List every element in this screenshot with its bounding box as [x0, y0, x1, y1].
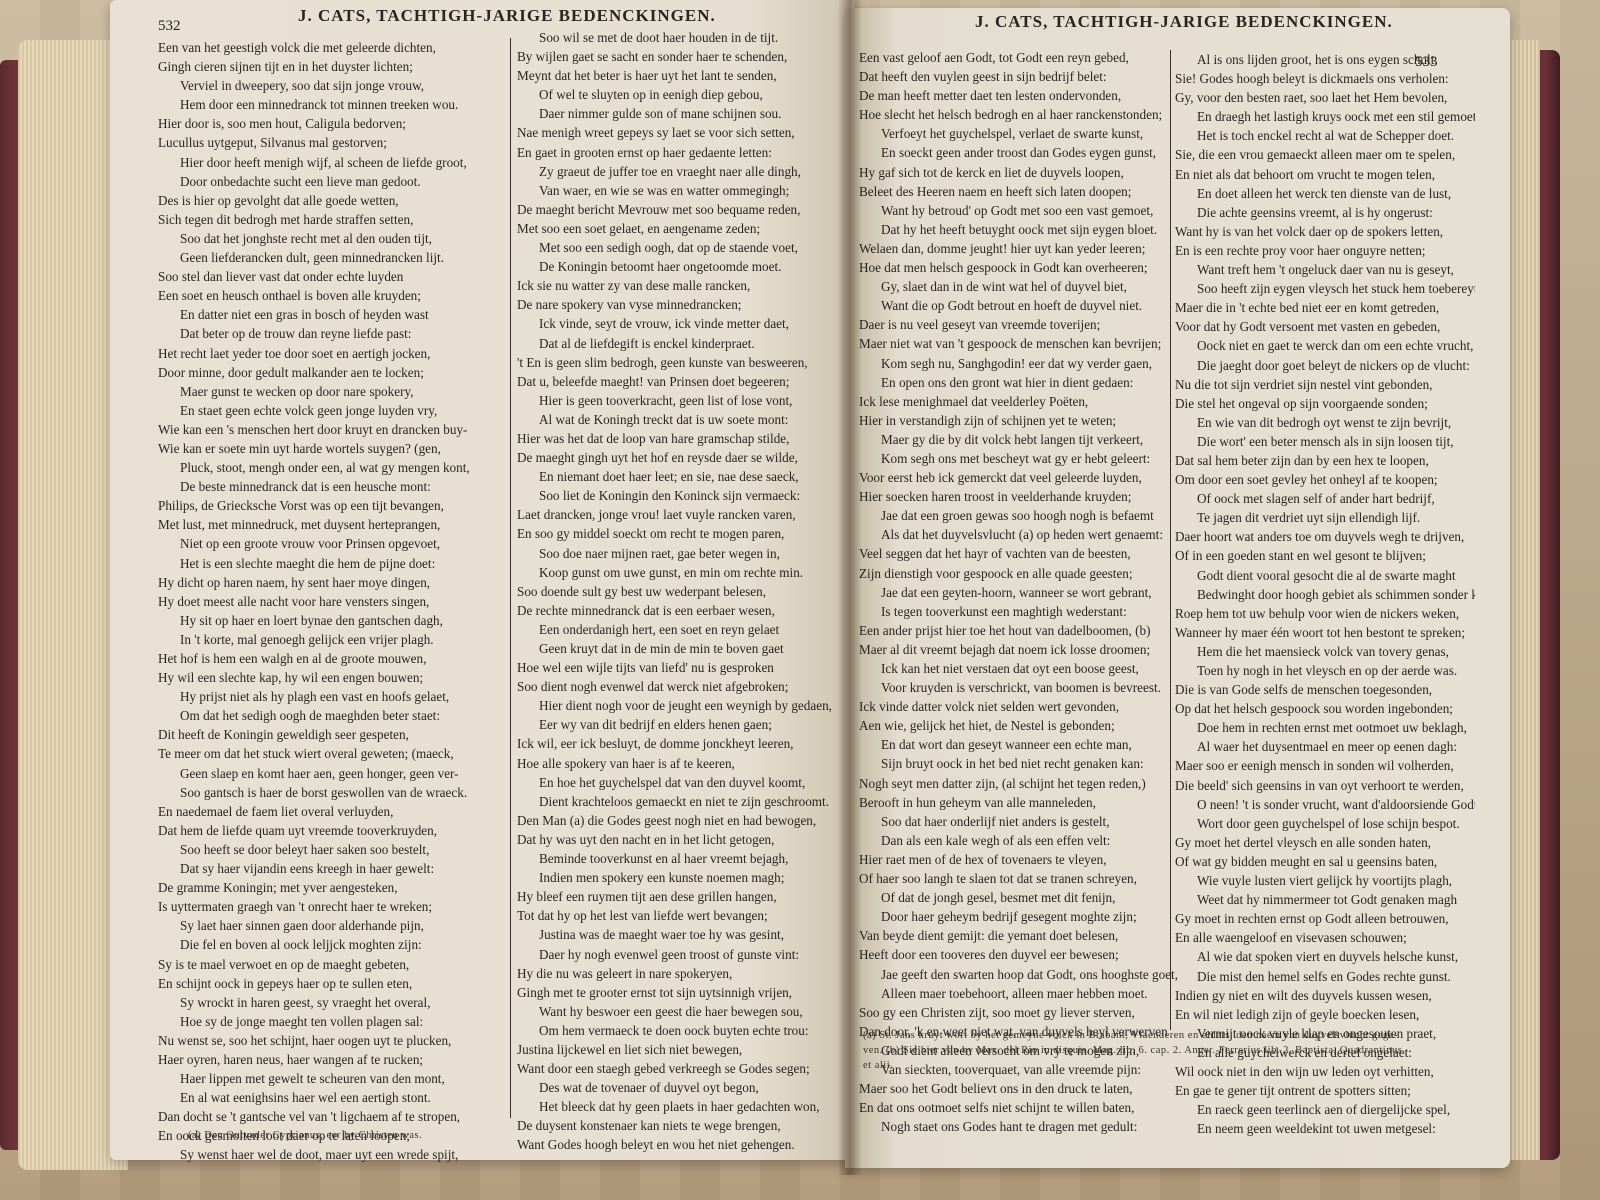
verse-line: Maer gy die by dit volck hebt langen tij… — [859, 430, 1179, 449]
verse-line: Des wat de tovenaer of duyvel oyt begon, — [517, 1078, 847, 1097]
verse-line: De maeght gingh uyt het hof en reysde da… — [517, 448, 847, 467]
verse-line: Is uyttermaten graegh van 't onrecht hae… — [158, 897, 503, 916]
left-page: 532 J. CATS, TACHTIGH-JARIGE BEDENCKINGE… — [110, 0, 855, 1160]
verse-line: Justina was de maeght waer toe hy was ge… — [517, 925, 847, 944]
verse-line: Hy prijst niet als hy plagh een vast en … — [158, 687, 503, 706]
verse-line: En alle waengeloof en visevasen schouwen… — [1175, 928, 1475, 947]
verse-line: Die beeld' sich geensins in van oyt verh… — [1175, 776, 1475, 795]
verse-line: Aen wie, gelijck het hiet, de Nestel is … — [859, 716, 1179, 735]
verse-line: 't En is geen slim bedrogh, geen kunste … — [517, 353, 847, 372]
verse-line: De nare spokery van vyse minnedrancken; — [517, 295, 847, 314]
verse-line: Gingh met te grooter ernst tot sijn uyts… — [517, 983, 847, 1002]
footnote-right-3: et alii. — [863, 1060, 893, 1071]
verse-line: Oock niet en gaet te werck dan om een ec… — [1175, 336, 1475, 355]
verse-line: En al wat eenighsins haer wel een aertig… — [158, 1088, 503, 1107]
verse-line: Als dat het duyvelsvlucht (a) op heden w… — [859, 525, 1179, 544]
verse-line: Daer hy nogh evenwel geen troost of guns… — [517, 945, 847, 964]
verse-line: De Koningin betoomt haer ongetoomde moet… — [517, 257, 847, 276]
page-number-left: 532 — [158, 18, 181, 35]
verse-line: Toen hy nogh in het vleysch en op der ae… — [1175, 661, 1475, 680]
verse-line: Hy die nu was geleert in nare spokeryen, — [517, 964, 847, 983]
verse-line: Voor dat hy Godt versoent met vasten en … — [1175, 317, 1475, 336]
running-head-right: J. CATS, TACHTIGH-JARIGE BEDENCKINGEN. — [975, 12, 1393, 32]
verse-line: Door minne, door gedult malkander aen te… — [158, 363, 503, 382]
verse-line: Nu wenst se, soo het schijnt, haer oogen… — [158, 1031, 503, 1050]
verse-line: Heeft door een tooveres den duyvel eer b… — [859, 945, 1179, 964]
verse-line: Dat hem de liefde quam uyt vreemde toove… — [158, 821, 503, 840]
verse-line: Ick vinde, seyt de vrouw, ick vinde mett… — [517, 314, 847, 333]
verse-line: De gramme Koningin; met yver aengesteken… — [158, 878, 503, 897]
verse-line: Niet op een groote vrouw voor Prinsen op… — [158, 534, 503, 553]
verse-line: Maer die in 't echte bed niet eer en kom… — [1175, 298, 1475, 317]
verse-line: Al waer het duysentmael en meer op eenen… — [1175, 737, 1475, 756]
verse-line: Geen liefderancken dult, geen minnedranc… — [158, 248, 503, 267]
verse-line: Of wat gy bidden meught en sal u geensin… — [1175, 852, 1475, 871]
verse-line: Nu die tot sijn verdriet sijn nestel vin… — [1175, 375, 1475, 394]
verse-line: By wijlen gaet se sacht en sonder haer t… — [517, 47, 847, 66]
verse-line: Om dat het sedigh oogh de maeghden beter… — [158, 706, 503, 725]
footnote-right-2: ven. (b) Sie hier van by Max. del Rio in… — [863, 1045, 1402, 1056]
verse-line: Wil oock niet in den wijn uw leden oyt v… — [1175, 1062, 1475, 1081]
verse-line: Soo gantsch is haer de borst geswollen v… — [158, 783, 503, 802]
verse-line: Den Man (a) die Godes geest nogh niet en… — [517, 811, 847, 830]
verse-line: Eer wy van dit bedrijf en elders henen g… — [517, 715, 847, 734]
verse-line: Dat sy haer vijandin eens kreegh in haer… — [158, 859, 503, 878]
verse-line: Verfoeyt het guychelspel, verlaet de swa… — [859, 124, 1179, 143]
verse-line: Weet dat hy nimmermeer tot Godt genaken … — [1175, 890, 1475, 909]
verse-line: Of oock met slagen self of ander hart be… — [1175, 489, 1475, 508]
verse-line: Meynt dat het beter is haer uyt het lant… — [517, 66, 847, 85]
verse-line: Nae menigh wreet gepeys sy laet se voor … — [517, 123, 847, 142]
verse-line: Of wel te sluyten op in eenigh diep gebo… — [517, 85, 847, 104]
verse-line: Hy wil een slechte kap, hy wil een engen… — [158, 668, 503, 687]
verse-line: En gae te gener tijt ontrent de spotters… — [1175, 1081, 1475, 1100]
verse-line: Verviel in dweepery, soo dat sijn jonge … — [158, 76, 503, 95]
verse-line: De duysent konstenaer kan niets te wege … — [517, 1116, 847, 1135]
verse-line: Soo heeft zijn eygen vleysch het stuck h… — [1175, 279, 1475, 298]
verse-line: Indien men spokery een kunste noemen mag… — [517, 868, 847, 887]
verse-line: Hier was het dat de loop van hare gramsc… — [517, 429, 847, 448]
verse-line: Het recht laet yeder toe door soet en ae… — [158, 344, 503, 363]
verse-line: Wie kan een 's menschen hert door kruyt … — [158, 420, 503, 439]
verse-line: Hier is geen tooverkracht, geen list of … — [517, 391, 847, 410]
column-rule-right — [1170, 50, 1171, 1030]
verse-line: Jae dat een groen gewas soo hoogh nogh i… — [859, 506, 1179, 525]
verse-line: Dan als een kale wegh of als een effen v… — [859, 831, 1179, 850]
verse-line: Sie, die een vrou gemaeckt alleen maer o… — [1175, 145, 1475, 164]
verse-line: Hoe slecht het helsch bedrogh en al haer… — [859, 105, 1179, 124]
verse-line: De beste minnedranck dat is een heusche … — [158, 477, 503, 496]
verse-line: Hy dicht op haren naem, hy sent haer moy… — [158, 573, 503, 592]
verse-line: De rechte minnedranck dat is een eerbaer… — [517, 601, 847, 620]
verse-line: Het is een slechte maeght die hem de pij… — [158, 554, 503, 573]
verse-line: Soo doe naer mijnen raet, gae beter wege… — [517, 544, 847, 563]
verse-line: Ick sie nu watter zy van dese malle ranc… — [517, 276, 847, 295]
verse-line: Gy, slaet dan in de wint wat hel of duyv… — [859, 277, 1179, 296]
verse-line: Dient krachteloos gemaeckt en niet te zi… — [517, 792, 847, 811]
verse-line: Hier door heeft menigh wijf, al scheen d… — [158, 153, 503, 172]
verse-line: Ick vinde datter volck niet selden wert … — [859, 697, 1179, 716]
verse-line: Hier door is, soo men hout, Caligula bed… — [158, 114, 503, 133]
verse-line: De maeght bericht Mevrouw met soo bequam… — [517, 200, 847, 219]
verse-line: En hoe het guychelspel dat van den duyve… — [517, 773, 847, 792]
verse-line: Dat heeft den vuylen geest in sijn bedri… — [859, 67, 1179, 86]
verse-line: Berooft in hun geheym van alle mannelede… — [859, 793, 1179, 812]
verse-line: Sy laet haer sinnen gaen door alderhande… — [158, 916, 503, 935]
verse-line: Haer lippen met gewelt te scheuren van d… — [158, 1069, 503, 1088]
verse-line: Die wort' een beter mensch als in sijn l… — [1175, 432, 1475, 451]
verse-line: Veel seggen dat het hayr of vachten van … — [859, 544, 1179, 563]
verse-line: Want die op Godt betrout en hoeft de duy… — [859, 296, 1179, 315]
verse-line: Sy wenst haer wel de doot, maer uyt een … — [158, 1145, 503, 1164]
left-page-column-1: Een van het geestigh volck die met gelee… — [158, 38, 503, 1165]
verse-line: Jae geeft den swarten hoop dat Godt, ons… — [859, 965, 1179, 984]
verse-line: Met lust, met minnedruck, met duysent he… — [158, 515, 503, 534]
verse-line: Welaen dan, domme jeught! hier uyt kan y… — [859, 239, 1179, 258]
verse-line: Nogh seyt men datter zijn, (al schijnt h… — [859, 774, 1179, 793]
verse-line: En gaet in grooten ernst op haer gedaent… — [517, 143, 847, 162]
verse-line: Maer soo er eenigh mensch in sonden wil … — [1175, 756, 1475, 775]
verse-line: En staet geen echte volck geen jonge luy… — [158, 401, 503, 420]
verse-line: Ick lese menighmael dat veelderley Poëte… — [859, 392, 1179, 411]
verse-line: Want hy is van het volck daer op de spok… — [1175, 222, 1475, 241]
verse-line: Lucullus uytgeput, Silvanus mal gestorve… — [158, 133, 503, 152]
verse-line: Sie! Godes hoogh beleyt is dickmaels ons… — [1175, 69, 1475, 88]
verse-line: Dat al de liefdegift is enckel kinderpra… — [517, 334, 847, 353]
verse-line: En schijnt oock in gepeys haer op te sul… — [158, 974, 503, 993]
verse-line: Of haer soo langh te slaen tot dat se tr… — [859, 869, 1179, 888]
verse-line: Hem die het maensieck volck van tovery g… — [1175, 642, 1475, 661]
verse-line: Zijn dienstigh voor gespoock en alle qua… — [859, 564, 1179, 583]
verse-line: En wil niet ledigh zijn of geyle boecken… — [1175, 1005, 1475, 1024]
verse-line: Soo wil se met de doot haer houden in de… — [517, 28, 847, 47]
verse-line: Hoe sy de jonge maeght ten vollen plagen… — [158, 1012, 503, 1031]
verse-line: Koop gunst om uwe gunst, en min om recht… — [517, 563, 847, 582]
verse-line: En raeck geen teerlinck aen of diergelij… — [1175, 1100, 1475, 1119]
verse-line: Wie kan er soete min uyt harde wortels s… — [158, 439, 503, 458]
verse-line: Wort door geen guychelspel of lose schij… — [1175, 814, 1475, 833]
verse-line: Hier dient nogh voor de jeught een weyni… — [517, 696, 847, 715]
verse-line: Voor eerst heb ick gemerckt dat veel gel… — [859, 468, 1179, 487]
book-gutter — [838, 0, 862, 1175]
verse-line: Dit heeft de Koningin geweldigh seer ges… — [158, 725, 503, 744]
verse-line: En doet alleen het werck ten dienste van… — [1175, 184, 1475, 203]
verse-line: Ick wil, eer ick besluyt, de domme jonck… — [517, 734, 847, 753]
verse-line: Soo dient nogh evenwel dat werck niet af… — [517, 677, 847, 696]
verse-line: Wanneer hy maer één woort tot hen beston… — [1175, 623, 1475, 642]
verse-line: Maer soo het Godt believt ons in den dru… — [859, 1079, 1179, 1098]
verse-line: Beminde tooverkunst en al haer vreemt be… — [517, 849, 847, 868]
verse-line: Godt dient vooral gesocht die al de swar… — [1175, 566, 1475, 585]
verse-line: Beleet des Heeren naem en heeft sich lat… — [859, 182, 1179, 201]
verse-line: Ick kan het niet verstaen dat oyt een bo… — [859, 659, 1179, 678]
verse-line: Hy doet meest alle nacht voor hare venst… — [158, 592, 503, 611]
verse-line: Sy wrockt in haren geest, sy vraeght het… — [158, 993, 503, 1012]
verse-line: Een ander prijst hier toe het hout van d… — [859, 621, 1179, 640]
verse-line: Die mist den hemel selfs en Godes rechte… — [1175, 967, 1475, 986]
footnote-left: (a) Den Outvader Cyprianus, eer hy Chris… — [188, 1130, 422, 1141]
verse-line: Geen kruyt dat in de min de min te boven… — [517, 639, 847, 658]
verse-line: Is tegen tooverkunst een maghtigh weders… — [859, 602, 1179, 621]
verse-line: Dat hy was uyt den nacht en in het licht… — [517, 830, 847, 849]
verse-line: Die fel en boven al oock leljjck moghten… — [158, 935, 503, 954]
verse-line: En is een rechte proy voor haer onguyre … — [1175, 241, 1475, 260]
verse-line: Een soet en heusch onthael is boven alle… — [158, 286, 503, 305]
verse-line: Op dat het helsch gespoock sou worden in… — [1175, 699, 1475, 718]
verse-line: Te jagen dit verdriet uyt sijn ellendigh… — [1175, 508, 1475, 527]
verse-line: Al is ons lijden groot, het is ons eygen… — [1175, 50, 1475, 69]
verse-line: Dat hy het heeft betuyght oock met sijn … — [859, 220, 1179, 239]
verse-line: Maer gunst te wecken op door nare spoker… — [158, 382, 503, 401]
verse-line: Soo dat het jonghste recht met al den ou… — [158, 229, 503, 248]
verse-line: Roep hem tot uw behulp voor wien de nick… — [1175, 604, 1475, 623]
verse-line: En soo gy middel soeckt om recht te moge… — [517, 524, 847, 543]
verse-line: Gy, voor den besten raet, soo laet het H… — [1175, 88, 1475, 107]
verse-line: Doe hem in rechten ernst met ootmoet uw … — [1175, 718, 1475, 737]
verse-line: Dan docht se 't gantsche vel van 't ligc… — [158, 1107, 503, 1126]
verse-line: Al wie dat spoken viert en duyvels helsc… — [1175, 947, 1475, 966]
verse-line: Soo dat haer onderlijf niet anders is ge… — [859, 812, 1179, 831]
verse-line: Hier in verstandigh zijn of schijnen yet… — [859, 411, 1179, 430]
verse-line: Om hem vermaeck te doen oock buyten echt… — [517, 1021, 847, 1040]
verse-line: Daer hoort wat anders toe om duyvels weg… — [1175, 527, 1475, 546]
verse-line: Des is hier op gevolght dat alle goede w… — [158, 191, 503, 210]
verse-line: Dat beter op de trouw dan reyne liefde p… — [158, 324, 503, 343]
verse-line: Pluck, stoot, mengh onder een, al wat gy… — [158, 458, 503, 477]
verse-line: En dat wort dan geseyt wanneer een echte… — [859, 735, 1179, 754]
verse-line: O neen! 't is sonder vrucht, want d'aldo… — [1175, 795, 1475, 814]
verse-line: Hy sit op haer en loert bynae den gantsc… — [158, 611, 503, 630]
verse-line: En datter niet een gras in bosch of heyd… — [158, 305, 503, 324]
verse-line: Gy moet het dertel vleysch en alle sonde… — [1175, 833, 1475, 852]
verse-line: Maer al dit vreemt bejagh dat noem ick l… — [859, 640, 1179, 659]
verse-line: Die is van Gode selfs de menschen toeges… — [1175, 680, 1475, 699]
verse-line: Al wat de Koningh treckt dat is uw soete… — [517, 410, 847, 429]
verse-line: Hier raet men of de hex of tovenaers te … — [859, 850, 1179, 869]
verse-line: Met soo een soet gelaet, en aengename ze… — [517, 219, 847, 238]
verse-line: En niemant doet haer leet; en sie, nae d… — [517, 467, 847, 486]
verse-line: Hem door een minnedranck tot minnen tree… — [158, 95, 503, 114]
verse-line: Philips, de Griecksche Vorst was op een … — [158, 496, 503, 515]
right-page-column-2: Al is ons lijden groot, het is ons eygen… — [1175, 50, 1475, 1138]
verse-line: Hy bleef een ruymen tijt aen dese grille… — [517, 887, 847, 906]
verse-line: Alleen maer toebehoort, alleen maer hebb… — [859, 984, 1179, 1003]
verse-line: Nogh staet ons Godes hant te dragen met … — [859, 1117, 1179, 1136]
verse-line: En wie van dit bedrogh oyt wenst te zijn… — [1175, 413, 1475, 432]
verse-line: Kom segh ons met bescheyt wat gy er hebt… — [859, 449, 1179, 468]
verse-line: En open ons den gront wat hier in dient … — [859, 373, 1179, 392]
right-page-column-1: Een vast geloof aen Godt, tot Godt een r… — [859, 48, 1179, 1136]
right-page: J. CATS, TACHTIGH-JARIGE BEDENCKINGEN. 5… — [845, 8, 1510, 1168]
verse-line: Voor kruyden is verschrickt, van boomen … — [859, 678, 1179, 697]
verse-line: Want door een staegh gebed verkreegh se … — [517, 1059, 847, 1078]
verse-line: Of dat de jongh gesel, besmet met dit fe… — [859, 888, 1179, 907]
verse-line: Die stel het ongeval op sijn voorgaende … — [1175, 394, 1475, 413]
verse-line: Het hof is hem een walgh en al de groote… — [158, 649, 503, 668]
verse-line: Bedwinght door hoogh gebiet als schimmen… — [1175, 585, 1475, 604]
footnote-right-1: (a) St. Jans kruyt wort by het gemeyne v… — [863, 1030, 1398, 1041]
verse-line: Laet drancken, jonge vrou! laet vuyle ra… — [517, 505, 847, 524]
verse-line: Jae dat een geyten-hoorn, wanneer se wor… — [859, 583, 1179, 602]
verse-line: Met soo een sedigh oogh, dat op de staen… — [517, 238, 847, 257]
verse-line: Een onderdanigh hert, een soet en reyn g… — [517, 620, 847, 639]
verse-line: Hoe dat men helsch gespoock in Godt kan … — [859, 258, 1179, 277]
verse-line: Gy moet in rechten ernst op Godt alleen … — [1175, 909, 1475, 928]
verse-line: Want treft hem 't ongeluck daer van nu i… — [1175, 260, 1475, 279]
verse-line: En soeckt geen ander troost dan Godes ey… — [859, 143, 1179, 162]
verse-line: Gingh cieren sijnen tijt en in het duyst… — [158, 57, 503, 76]
verse-line: Dat sal hem beter zijn dan by een hex te… — [1175, 451, 1475, 470]
verse-line: Kom segh nu, Sanghgodin! eer dat wy verd… — [859, 354, 1179, 373]
verse-line: Soo stel dan liever vast dat onder echte… — [158, 267, 503, 286]
verse-line: Hier soecken haren troost in veelderhand… — [859, 487, 1179, 506]
verse-line: Een vast geloof aen Godt, tot Godt een r… — [859, 48, 1179, 67]
verse-line: Van sieckten, tooverquaet, van alle vree… — [859, 1060, 1179, 1079]
verse-line: Dat u, beleefde maeght! van Prinsen doet… — [517, 372, 847, 391]
verse-line: En niet als dat behoort om vrucht te mog… — [1175, 165, 1475, 184]
verse-line: Daer nimmer gulde son of mane schijnen s… — [517, 104, 847, 123]
verse-line: En dat ons ootmoet selfs niet schijnt te… — [859, 1098, 1179, 1117]
verse-line: Haer oyren, haren neus, haer wangen af t… — [158, 1050, 503, 1069]
verse-line: Door onbedachte sucht een lieve man gedo… — [158, 172, 503, 191]
verse-line: Hy gaf sich tot de kerck en liet de duyv… — [859, 163, 1179, 182]
verse-line: Sijn bruyt oock in het bed niet recht ge… — [859, 754, 1179, 773]
verse-line: Die achte geensins vreemt, al is hy onge… — [1175, 203, 1475, 222]
verse-line: Soo liet de Koningin den Koninck sijn ve… — [517, 486, 847, 505]
column-rule-left — [510, 38, 511, 1118]
verse-line: Het bleeck dat hy geen plaets in haer ge… — [517, 1097, 847, 1116]
verse-line: Want hy betroud' op Godt met soo een vas… — [859, 201, 1179, 220]
verse-line: Indien gy niet en wilt des duyvels kusse… — [1175, 986, 1475, 1005]
verse-line: Want hy beswoer een geest die haer beweg… — [517, 1002, 847, 1021]
verse-line: Om door een soet gevley het onheyl af te… — [1175, 470, 1475, 489]
verse-line: Of in een goeden stant en wel gesont te … — [1175, 546, 1475, 565]
verse-line: In 't korte, mal genoegh gelijck een vri… — [158, 630, 503, 649]
verse-line: Soo gy een Christen zijt, soo moet gy li… — [859, 1003, 1179, 1022]
verse-line: Soo heeft se door beleyt haer saken soo … — [158, 840, 503, 859]
verse-line: Geen slaep en komt haer aen, geen honger… — [158, 764, 503, 783]
verse-line: Die jaeght door goet beleyt de nickers o… — [1175, 356, 1475, 375]
running-head-left: J. CATS, TACHTIGH-JARIGE BEDENCKINGEN. — [298, 6, 716, 26]
verse-line: Hoe wel een wijle tijts van liefd' nu is… — [517, 658, 847, 677]
verse-line: Maer niet wat van 't gespoock de mensche… — [859, 334, 1179, 353]
verse-line: Justina lijckewel en liet sich niet bewe… — [517, 1040, 847, 1059]
verse-line: Door haer geheym bedrijf gesegent moghte… — [859, 907, 1179, 926]
verse-line: En neem geen weeldekint tot uwen metgese… — [1175, 1119, 1475, 1138]
verse-line: Te meer om dat het stuck wiert overal ge… — [158, 744, 503, 763]
verse-line: Sy is te mael verwoet en op de maeght ge… — [158, 955, 503, 974]
verse-line: Zy graeut de juffer toe en vraeght naer … — [517, 162, 847, 181]
left-page-column-2: Soo wil se met de doot haer houden in de… — [517, 28, 847, 1155]
verse-line: Wie vuyle lusten viert gelijck hy voorti… — [1175, 871, 1475, 890]
verse-line: Want Godes hoogh beleyt en wou het niet … — [517, 1135, 847, 1154]
verse-line: Tot dat hy op het lest van liefde wert b… — [517, 906, 847, 925]
verse-line: Daer is nu veel geseyt van vreemde tover… — [859, 315, 1179, 334]
verse-line: En naedemael de faem liet overal verluyd… — [158, 802, 503, 821]
verse-line: Hoe alle spokery van haer is af te keere… — [517, 754, 847, 773]
verse-line: Het is toch enckel recht al wat de Schep… — [1175, 126, 1475, 145]
verse-line: De man heeft metter daet ten lesten onde… — [859, 86, 1179, 105]
verse-line: Van beyde dient gemijt: die yemant doet … — [859, 926, 1179, 945]
verse-line: Van waer, en wie se was en watter ommegi… — [517, 181, 847, 200]
verse-line: Sich tegen dit bedrogh met harde straffe… — [158, 210, 503, 229]
verse-line: En draegh het lastigh kruys oock met een… — [1175, 107, 1475, 126]
verse-line: Soo doende sult gy best uw wederpant bel… — [517, 582, 847, 601]
verse-line: Een van het geestigh volck die met gelee… — [158, 38, 503, 57]
